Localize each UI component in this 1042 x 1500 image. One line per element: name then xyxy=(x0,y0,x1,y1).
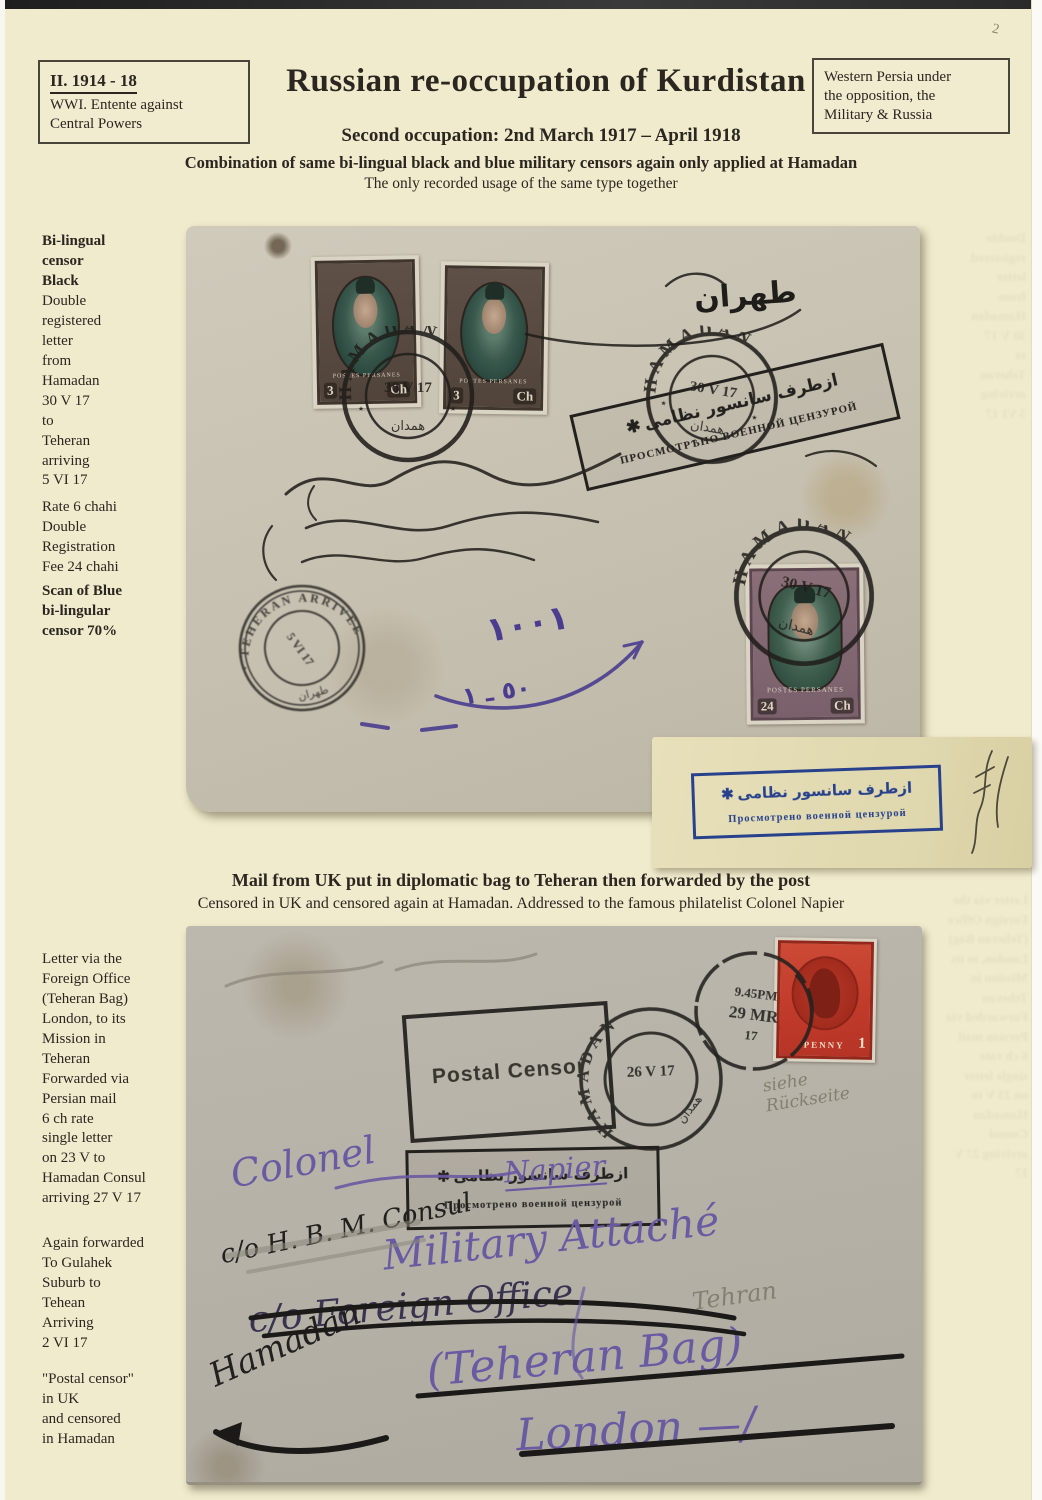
blue-censor-scan: ✱ ازطرف سانسور نظامی Просмотрено военной… xyxy=(652,737,1032,868)
hamadan-postmark: HAMADAN 30 V 17 همدان ٭٭ xyxy=(338,326,478,466)
album-page: 2 Double registered letter from Hamadan … xyxy=(0,0,1042,1500)
note-censor-black: Bi-lingual censor Black xyxy=(42,232,177,292)
note-again-forwarded: Again forwarded To Gulahek Suburb to Teh… xyxy=(42,1234,192,1354)
right-box-line3: Military & Russia xyxy=(824,107,932,123)
postmark-date: 30 V 17 xyxy=(780,573,833,602)
scan-left-edge xyxy=(0,0,5,1500)
scan-right-edge xyxy=(1031,0,1042,1500)
note-scan-blue: Scan of Blue bi-lingular censor 70% xyxy=(42,582,182,642)
show-through-text: Letter via the Foreign Office (Teheran B… xyxy=(946,890,1028,1183)
rosette-icon: ✱ xyxy=(624,416,642,438)
postmark-arabic: همدان xyxy=(391,419,425,434)
bilingual-censor-blue: ✱ ازطرف سانسور نظامی Просмотрено военной… xyxy=(691,765,943,840)
svg-text:٭: ٭ xyxy=(450,403,456,415)
postmark-date: 5 VI 17 xyxy=(284,630,317,668)
right-box-line1: Western Persia under xyxy=(824,69,951,85)
page-corner-mark: 2 xyxy=(990,21,1000,38)
rosette-icon: ✱ xyxy=(721,787,734,803)
chapter-line2: WWI. Entente against xyxy=(50,97,183,113)
note-registered-letter: Double registered letter from Hamadan 30… xyxy=(42,292,177,491)
note-rate: Rate 6 chahi Double Registration Fee 24 … xyxy=(42,498,182,578)
scan-top-edge xyxy=(0,0,1042,9)
note-letter-via-fo: Letter via the Foreign Office (Teheran B… xyxy=(42,950,192,1209)
svg-text:٭: ٭ xyxy=(358,403,364,415)
show-through-text: Double registered letter from Hamadan 30… xyxy=(938,228,1026,423)
section2-subheading: Censored in UK and censored again at Ham… xyxy=(0,895,1042,913)
note-postal-censor: "Postal censor" in UK and censored in Ha… xyxy=(42,1370,192,1450)
postmark-date: 30 V 17 xyxy=(384,380,432,396)
manuscript-persian-notes xyxy=(186,226,920,812)
envelope-front-hamadan-teheran: POSTES PERSANES 3 Ch POSTES PERSANES 3 C… xyxy=(186,226,920,812)
chapter-number: II. 1914 - 18 xyxy=(50,70,137,94)
persian-manuscript-strip xyxy=(952,743,1024,863)
section2-heading: Mail from UK put in diplomatic bag to Te… xyxy=(0,870,1042,891)
header-right-box: Western Persia under the opposition, the… xyxy=(812,58,1010,134)
page-title: Russian re-occupation of Kurdistan xyxy=(276,63,816,100)
envelope-front-uk-teheran: PENNY 1 9.45PM 29 MR 17 HAMADAN 26 V 17 … xyxy=(186,926,922,1485)
caption-bold: Combination of same bi-lingual black and… xyxy=(0,153,1042,173)
caption: The only recorded usage of the same type… xyxy=(0,175,1042,193)
censor-cyrillic-line: Просмотрено военной цензурой xyxy=(728,808,907,825)
censor-persian-line: ازطرف سانسور نظامی xyxy=(737,779,912,803)
ink-strikethrough-marks xyxy=(186,926,922,1482)
subtitle: Second occupation: 2nd March 1917 – Apri… xyxy=(0,125,1042,147)
right-box-line2: the opposition, the xyxy=(824,88,935,104)
